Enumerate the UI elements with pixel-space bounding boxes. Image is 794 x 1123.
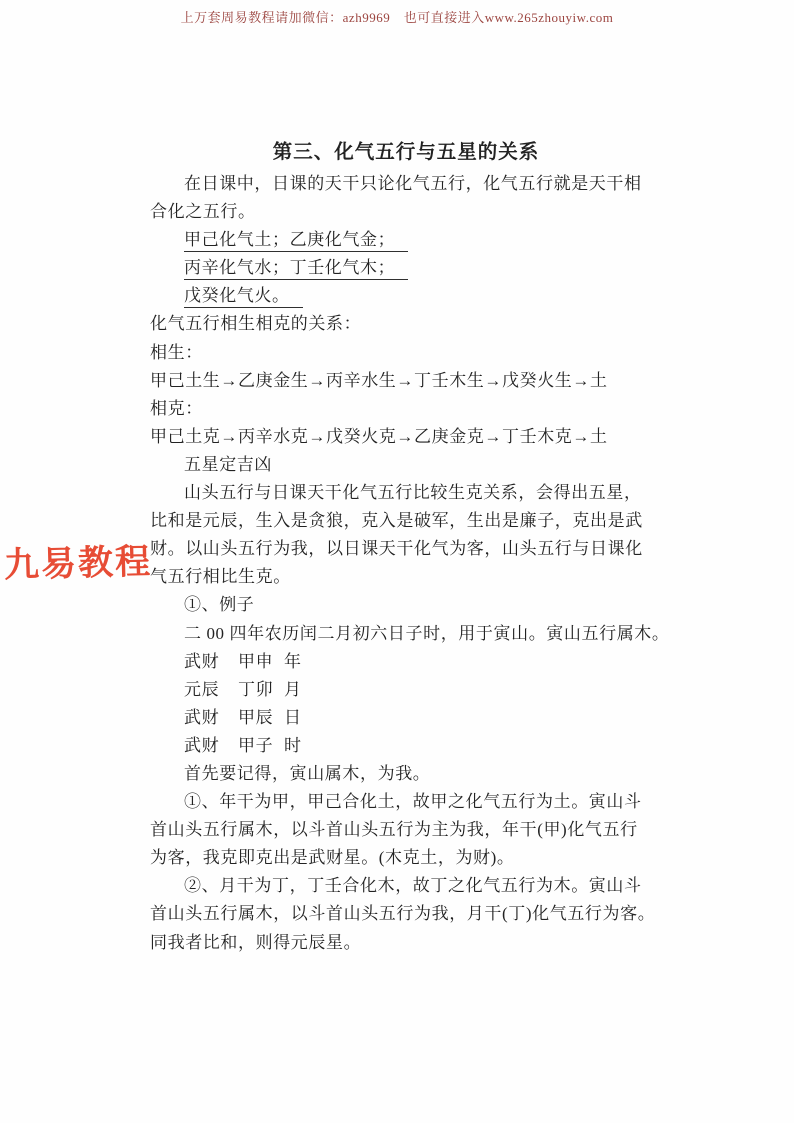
- analysis1-line: ①、年干为甲，甲己合化土，故甲之化气五行为土。寅山斗: [150, 788, 662, 816]
- page-title: 第三、化气五行与五星的关系: [150, 138, 662, 170]
- underlined-formula: 戊癸化气火。: [184, 286, 303, 308]
- formula-line: 甲己化气土；乙庚化气金；: [150, 226, 662, 254]
- five-stars-line: 山头五行与日课天干化气五行比较生克关系，会得出五星，: [150, 479, 662, 507]
- example-intro: 二 00 四年农历闰二月初六日子时，用于寅山。寅山五行属木。: [150, 620, 662, 648]
- five-stars-line: 财。以山头五行为我，以日课天干化气为客，山头五行与日课化: [150, 535, 662, 563]
- star-name: 武财: [184, 648, 238, 676]
- formula-line: 戊癸化气火。: [150, 282, 662, 310]
- watermark-logo-text: 九易教程: [3, 534, 152, 588]
- header-promo-text: 上万套周易教程请加微信：azh9969 也可直接进入www.265zhouyiw…: [0, 7, 794, 26]
- time-unit: 日: [284, 708, 302, 727]
- sheng-chain: 甲己土生→乙庚金生→丙辛水生→丁壬木生→戊癸火生→土: [150, 367, 662, 395]
- star-name: 武财: [184, 704, 238, 732]
- time-unit: 时: [284, 736, 302, 755]
- sheng-label: 相生：: [150, 339, 662, 367]
- ganzhi: 甲申: [238, 648, 284, 676]
- analysis2-line: ②、月干为丁，丁壬合化木，故丁之化气五行为木。寅山斗: [150, 872, 662, 900]
- ganzhi: 丁卯: [238, 676, 284, 704]
- underlined-formula: 丙辛化气水；丁壬化气木；: [184, 258, 408, 280]
- example-heading: ①、例子: [150, 591, 662, 619]
- five-stars-line: 比和是元辰，生入是贪狼，克入是破军，生出是廉子，克出是武: [150, 507, 662, 535]
- chart-row: 武财甲申年: [150, 648, 662, 676]
- chart-row: 武财甲子时: [150, 732, 662, 760]
- document-content: 第三、化气五行与五星的关系 在日课中，日课的天干只论化气五行，化气五行就是天干相…: [150, 138, 662, 957]
- time-unit: 年: [284, 652, 302, 671]
- star-name: 武财: [184, 732, 238, 760]
- analysis1-line: 首山头五行属木，以斗首山头五行为主为我，年干(甲)化气五行: [150, 816, 662, 844]
- ke-label: 相克：: [150, 395, 662, 423]
- time-unit: 月: [284, 680, 302, 699]
- document-page: 上万套周易教程请加微信：azh9969 也可直接进入www.265zhouyiw…: [0, 0, 794, 1123]
- analysis1-line: 为客，我克即克出是武财星。(木克土，为财)。: [150, 844, 662, 872]
- intro-paragraph-line: 在日课中，日课的天干只论化气五行，化气五行就是天干相: [150, 170, 662, 198]
- analysis2-line: 首山头五行属木，以斗首山头五行为我，月干(丁)化气五行为客。: [150, 900, 662, 928]
- ganzhi: 甲子: [238, 732, 284, 760]
- analysis2-line: 同我者比和，则得元辰星。: [150, 929, 662, 957]
- ganzhi: 甲辰: [238, 704, 284, 732]
- reminder-line: 首先要记得，寅山属木，为我。: [150, 760, 662, 788]
- intro-paragraph-line: 合化之五行。: [150, 198, 662, 226]
- relations-heading: 化气五行相生相克的关系：: [150, 310, 662, 338]
- star-name: 元辰: [184, 676, 238, 704]
- ke-chain: 甲己土克→丙辛水克→戊癸火克→乙庚金克→丁壬木克→土: [150, 423, 662, 451]
- five-stars-line: 气五行相比生克。: [150, 563, 662, 591]
- five-stars-heading: 五星定吉凶: [150, 451, 662, 479]
- underlined-formula: 甲己化气土；乙庚化气金；: [184, 230, 408, 252]
- formula-line: 丙辛化气水；丁壬化气木；: [150, 254, 662, 282]
- chart-row: 元辰丁卯月: [150, 676, 662, 704]
- chart-row: 武财甲辰日: [150, 704, 662, 732]
